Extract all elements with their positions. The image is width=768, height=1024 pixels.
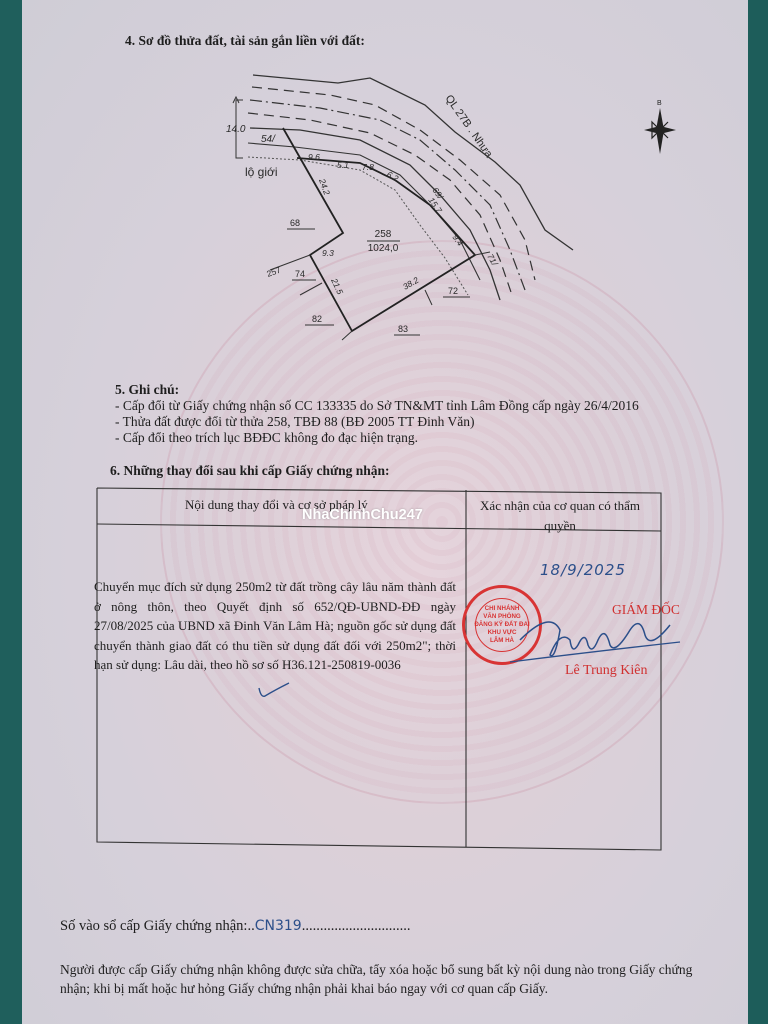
confirmation-date: 18/9/2025 <box>540 561 626 579</box>
section-5-title: 5. Ghi chú: <box>115 382 639 398</box>
parcel-label: 83 <box>398 324 408 334</box>
parcel-map: 14.0 54/ lộ giới QL 27B . Nhựa 9.6 5.1 7… <box>0 0 768 360</box>
parcel-label: 72 <box>448 286 458 296</box>
check-mark-icon <box>255 680 295 702</box>
parcel-area: 1024,0 <box>368 243 399 254</box>
parcel-number: 258 <box>375 229 392 240</box>
compass-north-icon: B <box>640 96 680 160</box>
parcel-label: 68 <box>290 218 300 228</box>
road-width-label: 14.0 <box>226 124 246 135</box>
note-item: - Cấp đổi theo trích lục BĐĐC không đo đ… <box>115 430 639 446</box>
edge-length: 9.6 <box>308 152 320 162</box>
setback-label: lộ giới <box>245 165 278 179</box>
edge-length: 24.2 <box>317 176 332 196</box>
signer-name: Lê Trung Kiên <box>565 663 647 679</box>
note-item: - Cấp đổi từ Giấy chứng nhận số CC 13333… <box>115 398 639 414</box>
edge-length: 5.1 <box>337 160 349 170</box>
notes-section: 5. Ghi chú: - Cấp đổi từ Giấy chứng nhận… <box>115 382 639 446</box>
edge-length: 9.3 <box>322 248 334 258</box>
parcel-label: 74 <box>295 269 305 279</box>
registry-value: CN319 <box>255 918 302 934</box>
watermark-text: NhaChinhChu247 <box>302 507 423 523</box>
table-row-content: Chuyển mục đích sử dụng 250m2 từ đất trồ… <box>94 577 456 675</box>
signer-position: GIÁM ĐỐC <box>612 602 680 618</box>
edge-length: 7.8 <box>362 162 374 172</box>
parcel-label: 54/ <box>261 134 276 145</box>
parcel-label: 82 <box>312 314 322 324</box>
svg-text:B: B <box>657 100 662 107</box>
warning-text: Người được cấp Giấy chứng nhận không đượ… <box>60 960 720 998</box>
note-item: - Thửa đất được đổi từ thửa 258, TBĐ 88 … <box>115 414 639 430</box>
table-header-confirmation: Xác nhận của cơ quan có thẩm quyền <box>470 496 650 536</box>
edge-length: 38.2 <box>401 275 421 292</box>
registry-label: Số vào sổ cấp Giấy chứng nhận: <box>60 918 247 934</box>
road-label: QL 27B . Nhựa <box>443 93 496 161</box>
registry-number: Số vào sổ cấp Giấy chứng nhận:..CN319...… <box>60 918 410 935</box>
section-6-title: 6. Những thay đổi sau khi cấp Giấy chứng… <box>110 463 390 479</box>
